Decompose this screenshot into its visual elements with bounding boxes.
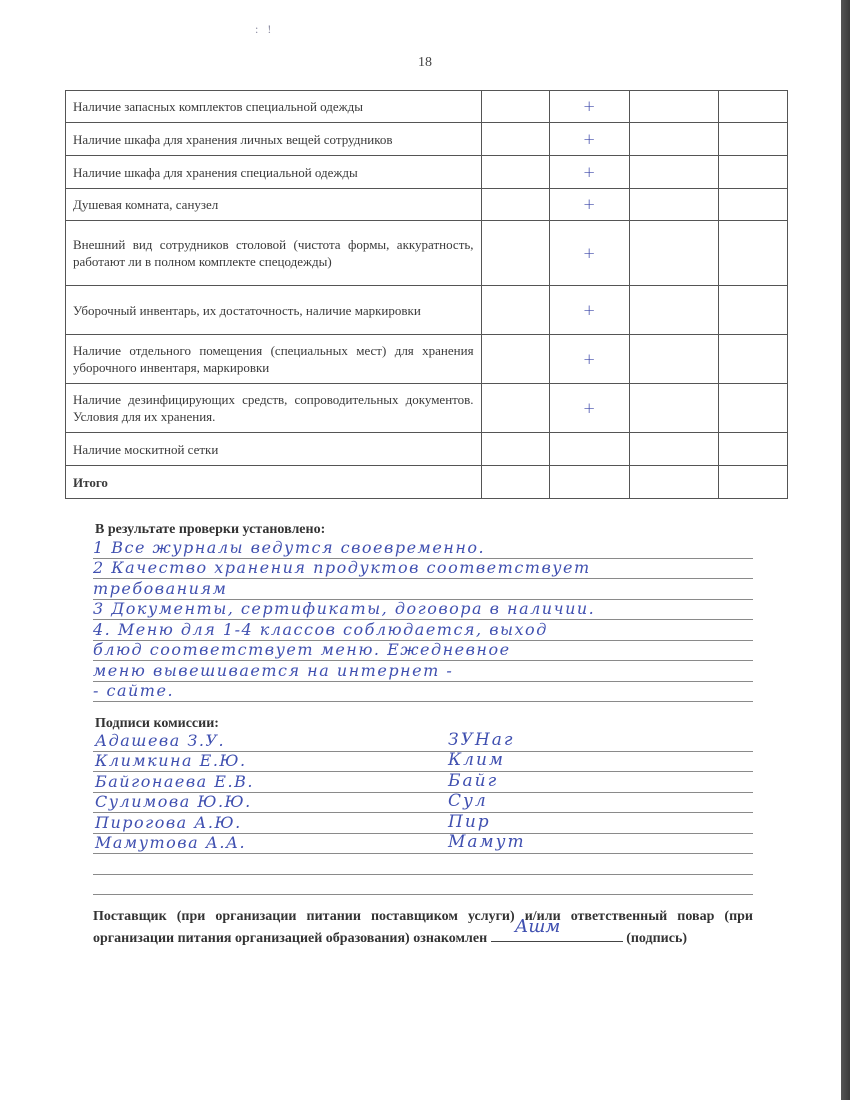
empty-cell — [629, 384, 718, 433]
table-row: Наличие шкафа для хранения специальной о… — [66, 156, 788, 189]
criterion-cell: Наличие шкафа для хранения личных вещей … — [66, 123, 482, 156]
scanner-edge — [841, 0, 850, 1100]
mark-cell: + — [549, 123, 629, 156]
criterion-cell: Наличие шкафа для хранения специальной о… — [66, 156, 482, 189]
criterion-cell: Уборочный инвентарь, их достаточность, н… — [66, 286, 482, 335]
empty-cell — [629, 335, 718, 384]
empty-cell — [629, 221, 718, 286]
handwritten-text: - сайте. — [93, 681, 174, 700]
empty-cell — [718, 189, 787, 221]
empty-cell — [629, 286, 718, 335]
empty-cell — [718, 91, 787, 123]
handwritten-text: 1 Все журналы ведутся своевременно. — [93, 538, 485, 557]
commission-signatures: Адашева З.У. ЗУНагКлимкина Е.Ю. КлимБайг… — [93, 731, 753, 895]
mark-cell: + — [549, 91, 629, 123]
empty-cell — [629, 91, 718, 123]
check-mark: + — [583, 350, 596, 368]
empty-cell — [629, 433, 718, 466]
findings-title: В результате проверки установлено: — [95, 522, 325, 538]
mark-cell: + — [549, 156, 629, 189]
criterion-cell: Внешний вид сотрудников столовой (чистот… — [66, 221, 482, 286]
empty-cell — [481, 335, 549, 384]
finding-line: меню вывешивается на интернет - — [93, 661, 753, 682]
finding-line: - сайте. — [93, 682, 753, 703]
table-row: Наличие москитной сетки — [66, 433, 788, 466]
handwritten-text: 3 Документы, сертификаты, договора в нал… — [93, 599, 595, 618]
criterion-cell: Наличие дезинфицирующих средств, сопрово… — [66, 384, 482, 433]
member-signature: Клим — [448, 750, 505, 770]
commission-member-line: Байгонаева Е.В. Байг — [93, 772, 753, 793]
table-row: Наличие шкафа для хранения личных вещей … — [66, 123, 788, 156]
mark-cell: + — [549, 221, 629, 286]
member-signature: ЗУНаг — [448, 730, 514, 750]
check-mark: + — [583, 399, 596, 417]
empty-cell — [481, 91, 549, 123]
finding-line: требованиям — [93, 579, 753, 600]
mark-cell — [549, 433, 629, 466]
criterion-cell: Душевая комната, санузел — [66, 189, 482, 221]
check-mark: + — [583, 97, 596, 115]
member-name: Климкина Е.Ю. — [95, 751, 247, 770]
member-name: Сулимова Ю.Ю. — [95, 792, 252, 811]
member-signature: Байг — [448, 771, 498, 791]
table-row: Наличие запасных комплектов специальной … — [66, 91, 788, 123]
commission-member-line — [93, 875, 753, 896]
member-name: Мамутова А.А. — [95, 833, 246, 852]
empty-cell — [481, 189, 549, 221]
mark-cell: + — [549, 384, 629, 433]
empty-cell — [718, 335, 787, 384]
total-label: Итого — [66, 466, 482, 499]
empty-cell — [629, 189, 718, 221]
empty-cell — [718, 433, 787, 466]
criterion-cell: Наличие москитной сетки — [66, 433, 482, 466]
member-name: Байгонаева Е.В. — [95, 772, 254, 791]
table-row: Внешний вид сотрудников столовой (чистот… — [66, 221, 788, 286]
empty-cell — [481, 384, 549, 433]
criterion-cell: Наличие запасных комплектов специальной … — [66, 91, 482, 123]
empty-cell — [629, 123, 718, 156]
scan-marks: : ! — [255, 22, 274, 37]
handwritten-text: 4. Меню для 1-4 классов соблюдается, вых… — [93, 620, 548, 639]
empty-cell — [481, 286, 549, 335]
total-row: Итого — [66, 466, 788, 499]
supplier-acknowledgement: Поставщик (при организации питании поста… — [93, 907, 753, 949]
supplier-signature: Ашм — [515, 917, 561, 937]
check-mark: + — [583, 244, 596, 262]
check-mark: + — [583, 301, 596, 319]
commission-member-line: Климкина Е.Ю. Клим — [93, 752, 753, 773]
mark-cell: + — [549, 189, 629, 221]
table-row: Наличие отдельного помещения (специальны… — [66, 335, 788, 384]
empty-cell — [718, 156, 787, 189]
checklist-table: Наличие запасных комплектов специальной … — [65, 90, 788, 499]
signature-caption: (подпись) — [626, 931, 687, 946]
finding-line: 1 Все журналы ведутся своевременно. — [93, 538, 753, 559]
page-number: 18 — [0, 55, 850, 71]
empty-cell — [481, 221, 549, 286]
empty-cell — [718, 286, 787, 335]
handwritten-text: блюд соответствует меню. Ежедневное — [93, 640, 511, 659]
check-mark: + — [583, 163, 596, 181]
finding-line: 3 Документы, сертификаты, договора в нал… — [93, 600, 753, 621]
criterion-cell: Наличие отдельного помещения (специальны… — [66, 335, 482, 384]
handwritten-text: требованиям — [93, 579, 227, 598]
member-signature: Сул — [448, 791, 488, 811]
commission-member-line: Мамутова А.А. Мамут — [93, 834, 753, 855]
check-mark: + — [583, 195, 596, 213]
empty-cell — [718, 221, 787, 286]
commission-member-line — [93, 854, 753, 875]
empty-cell — [718, 384, 787, 433]
empty-cell — [718, 123, 787, 156]
commission-member-line: Адашева З.У. ЗУНаг — [93, 731, 753, 752]
table-row: Уборочный инвентарь, их достаточность, н… — [66, 286, 788, 335]
empty-cell — [481, 433, 549, 466]
mark-cell: + — [549, 286, 629, 335]
finding-line: 2 Качество хранения продуктов соответств… — [93, 559, 753, 580]
findings-lines: 1 Все журналы ведутся своевременно.2 Кач… — [93, 538, 753, 702]
finding-line: блюд соответствует меню. Ежедневное — [93, 641, 753, 662]
check-mark: + — [583, 130, 596, 148]
member-signature: Пир — [448, 812, 491, 832]
mark-cell: + — [549, 335, 629, 384]
table-row: Наличие дезинфицирующих средств, сопрово… — [66, 384, 788, 433]
finding-line: 4. Меню для 1-4 классов соблюдается, вых… — [93, 620, 753, 641]
table-row: Душевая комната, санузел + — [66, 189, 788, 221]
handwritten-text: меню вывешивается на интернет - — [93, 661, 453, 680]
member-name: Пирогова А.Ю. — [95, 813, 242, 832]
empty-cell — [481, 156, 549, 189]
handwritten-text: 2 Качество хранения продуктов соответств… — [93, 558, 591, 577]
empty-cell — [481, 123, 549, 156]
commission-member-line: Пирогова А.Ю. Пир — [93, 813, 753, 834]
supplier-signature-field: Ашм — [491, 927, 623, 942]
empty-cell — [629, 156, 718, 189]
member-name: Адашева З.У. — [95, 731, 225, 750]
commission-member-line: Сулимова Ю.Ю. Сул — [93, 793, 753, 814]
member-signature: Мамут — [448, 832, 526, 852]
